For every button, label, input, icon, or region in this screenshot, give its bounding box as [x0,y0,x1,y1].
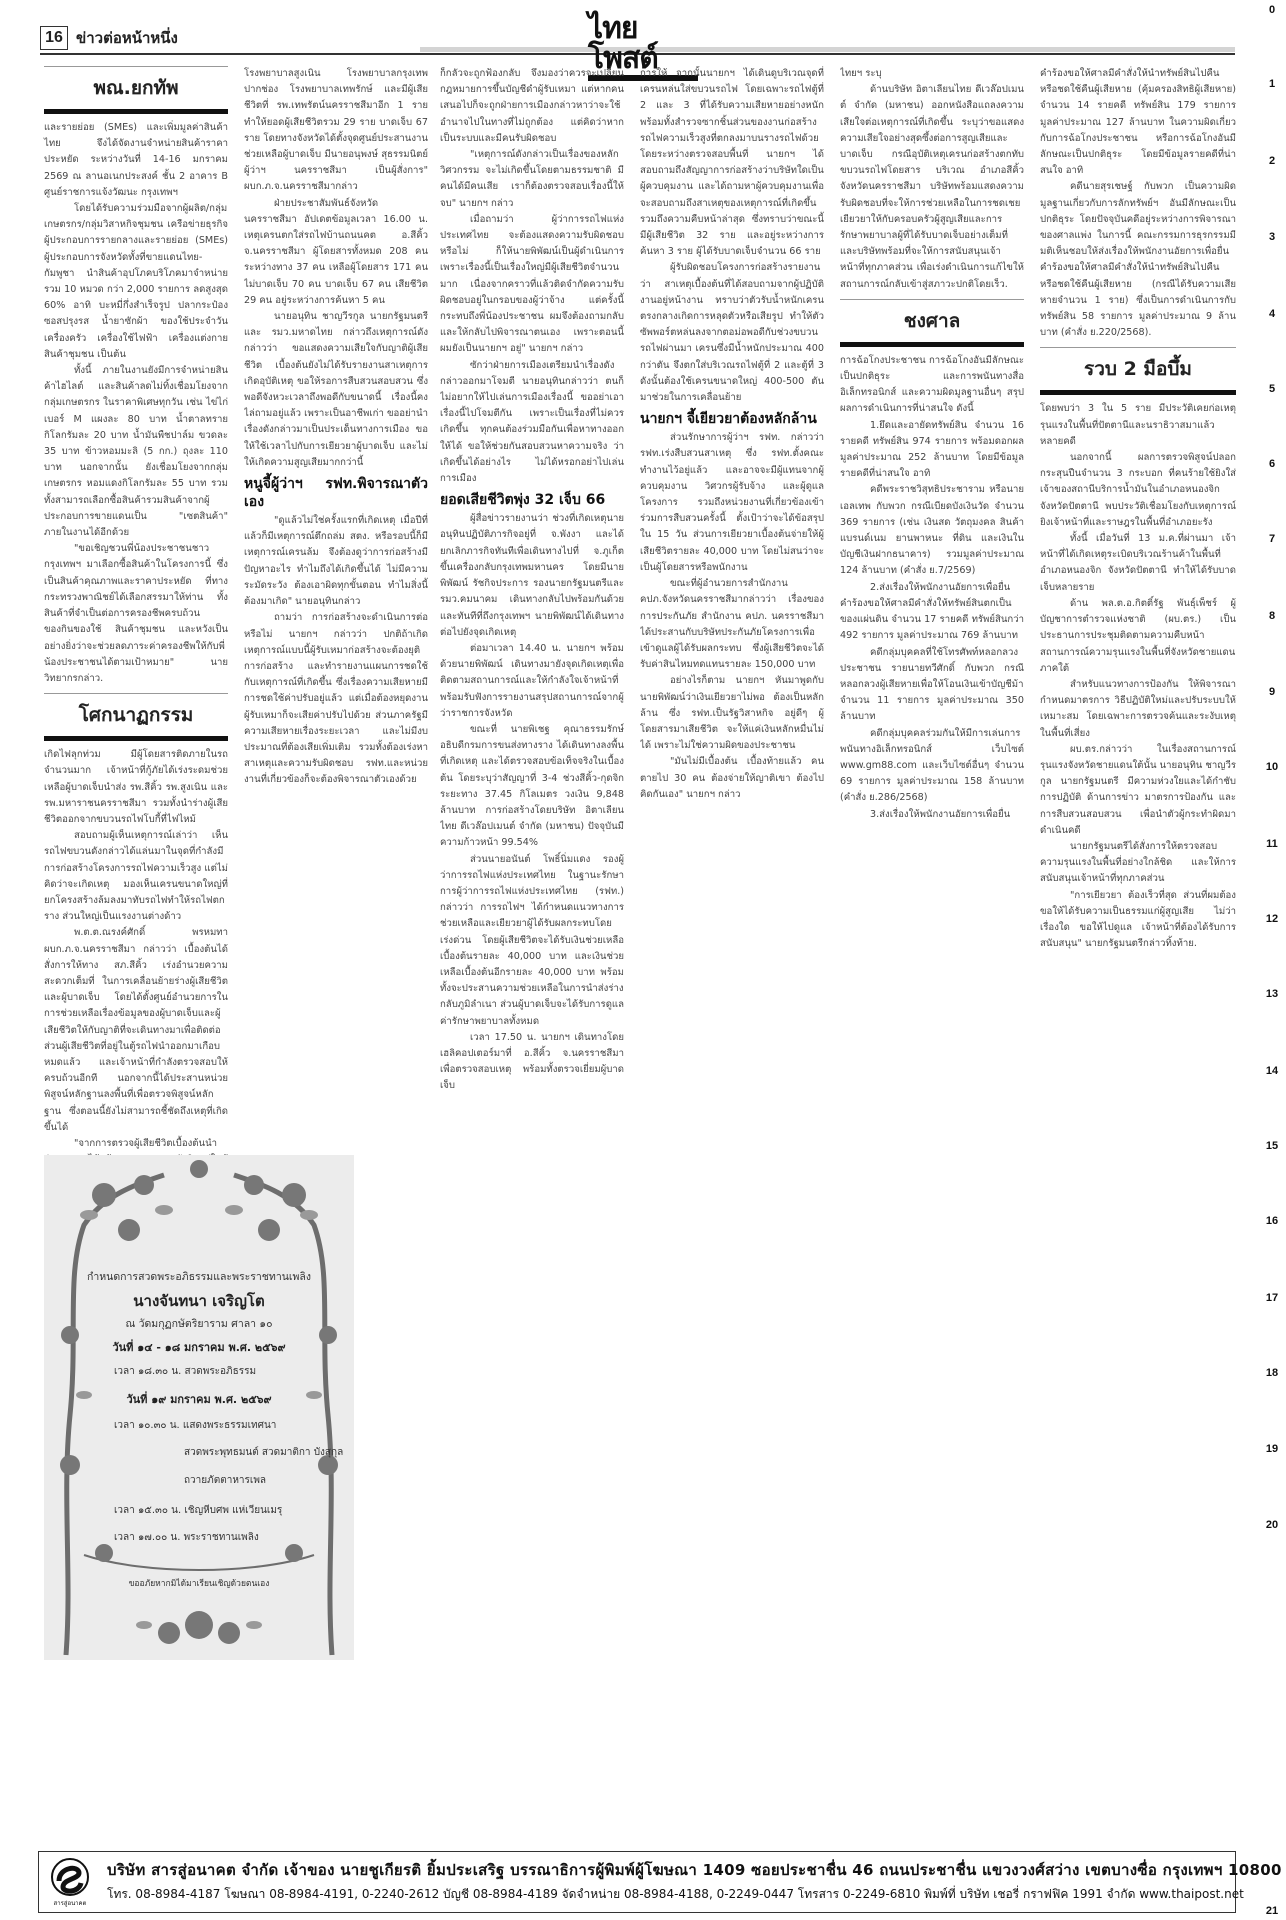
funeral-notice-card: กำหนดการสวดพระอภิธรรมและพระราชทานเพลิง น… [44,1155,354,1660]
schedule-item: สวดพระพุทธมนต์ สวดมาติกา บังสุกุล [184,1445,343,1460]
ruler-number: 6 [1264,458,1280,470]
logo-text: ไทยโพสต์ [588,14,698,74]
paragraph: "การเยียวยา ต้องเร็วที่สุด ส่วนที่ผมต้อง… [1040,888,1236,953]
paragraph: ส่วนนายอนันต์ โพธิ์นิ่มแดง รองผู้ว่าการร… [440,852,624,1030]
imprint-footer: สารสู่อนาคต บริษัท สารสู่อนาคต จำกัด เจ้… [38,1851,1236,1913]
paragraph: ผู้รับผิดชอบโครงการก่อสร้างรายงานว่า สาเ… [640,260,824,406]
ruler-number: 10 [1264,761,1280,773]
subheadline: หนูจี้ผู้ว่าฯ รฟท.พิจารณาตัวเอง [244,475,428,511]
paragraph: โดยได้รับความร่วมมือจากผู้ผลิต/กลุ่มเกษต… [44,201,228,363]
schedule-item: เวลา ๑๘.๓๐ น. สวดพระอภิธรรม [114,1364,256,1379]
paragraph: ต่อมาเวลา 14.40 น. นายกฯ พร้อมด้วยนายพิพ… [440,641,624,722]
ruler-number: 8 [1264,610,1280,622]
ruler-number: 3 [1264,231,1280,243]
section-title: ข่าวต่อหน้าหนึ่ง [76,26,178,50]
headline-bombers: รวบ 2 มือบึ้ม [1040,347,1236,395]
paragraph: นายกรัฐมนตรีได้สั่งการให้ตรวจสอบความรุนแ… [1040,839,1236,888]
paragraph: ซักว่าฝ่ายการเมืองเตรียมนำเรื่องดังกล่าว… [440,358,624,488]
header-gray-rule [420,47,1235,52]
paragraph: โรงพยาบาลสูงเนิน โรงพยาบาลกรุงเทพปากช่อง… [244,66,428,196]
ruler-number: 9 [1264,686,1280,698]
paragraph: ส่วนรักษาการผู้ว่าฯ รฟท. กล่าวว่า รฟท.เร… [640,430,824,576]
ruler-number: 13 [1264,988,1280,1000]
paragraph: สอบถามผู้เห็นเหตุการณ์เล่าว่า เห็นรถไฟขบ… [44,828,228,925]
ruler-number: 4 [1264,308,1280,320]
ruler-number: 20 [1264,1519,1280,1531]
paragraph: ด้าน พล.ต.อ.กิตติ์รัฐ พันธุ์เพ็ชร์ ผู้บั… [1040,596,1236,677]
schedule-item: ถวายภัตตาหารเพล [184,1473,266,1488]
footer-line-2: โทร. 08-8984-4187 โฆษณา 08-8984-4191, 0-… [107,1885,1244,1904]
paragraph: คดีกลุ่มบุคคลร่วมกันให้มีการเล่นการพนันท… [840,726,1024,807]
paragraph: ทั้งนี้ ภายในงานยังมีการจำหน่ายสินค้าไฮไ… [44,363,228,541]
ruler-number: 1 [1264,78,1280,90]
paragraph: ถามว่า การก่อสร้างจะดำเนินการต่อหรือไม่ … [244,610,428,788]
schedule-item: เวลา ๑๐.๓๐ น. แสดงพระธรรมเทศนา [114,1418,276,1433]
column-4: การให้ จากนั้นนายกฯ ได้เดินดูบริเวณจุดที… [640,66,824,1846]
page-number: 16 [40,26,68,50]
subheadline: นายกฯ จี้เยียวยาต้องหลักล้าน [640,410,824,428]
paragraph: "ดูแล้วไม่ใช่ครั้งแรกที่เกิดเหตุ เมื่อปี… [244,513,428,610]
paragraph: โดยพบว่า 3 ใน 5 ราย มีประวัติเคยก่อเหตุร… [1040,401,1236,450]
funeral-apology: ขออภัยหากมิได้มาเรียนเชิญด้วยตนเอง [44,1576,354,1590]
paragraph: อย่างไรก็ตาม นายกฯ หันมาพูดกับนายพิพัฒน์… [640,673,824,754]
ruler-number: 19 [1264,1443,1280,1455]
footer-line-1: บริษัท สารสู่อนาคต จำกัด เจ้าของ นายชูเก… [107,1858,1282,1882]
ruler-number: 12 [1264,913,1280,925]
ruler-number: 15 [1264,1140,1280,1152]
ruler-number: 16 [1264,1215,1280,1227]
funeral-date-2: วันที่ ๑๙ มกราคม พ.ศ. ๒๕๖๙ [44,1390,354,1408]
paragraph: 2.ส่งเรื่องให้พนักงานอัยการเพื่อยื่นคำร้… [840,580,1024,645]
headline-court: ชงศาล [840,299,1024,347]
paragraph: คดีกลุ่มบุคคลที่ใช้โทรศัพท์หลอกลวงประชาช… [840,645,1024,726]
publisher-logo-icon: สารสู่อนาคต [49,1857,91,1907]
ruler-number: 0 [1264,4,1280,16]
schedule-item: เวลา ๑๗.๐๐ น. พระราชทานเพลิง [114,1530,259,1545]
paragraph: ผบ.ตร.กล่าวว่า ในเรื่องสถานการณ์รุนแรงจั… [1040,742,1236,839]
paragraph: ฝ่ายประชาสัมพันธ์จังหวัดนครราชสีมา อัปเด… [244,196,428,309]
schedule-item: เวลา ๑๕.๓๐ น. เชิญหีบศพ แห่เวียนเมรุ [114,1503,282,1518]
ruler-number: 21 [1264,1905,1280,1917]
column-2: โรงพยาบาลสูงเนิน โรงพยาบาลกรุงเทพปากช่อง… [244,66,428,1151]
ruler-number: 5 [1264,383,1280,395]
headline-tragedy: โศกนาฏกรรม [44,693,228,741]
paragraph: "ขอเชิญชวนพี่น้องประชาชนชาวกรุงเทพฯ มาเล… [44,541,228,687]
paragraph: การให้ จากนั้นนายกฯ ได้เดินดูบริเวณจุดที… [640,66,824,260]
paragraph: "มันไม่มีเบื้องต้น เบื้องท้ายแล้ว คนตายไ… [640,754,824,803]
paragraph: "เหตุการณ์ดังกล่าวเป็นเรื่องของหลักวิศวก… [440,147,624,212]
paragraph: คำร้องขอให้ศาลมีคำสั่งให้นำทรัพย์สินไปคื… [1040,66,1236,179]
paragraph: 3.ส่งเรื่องให้พนักงานอัยการเพื่อยื่น [840,807,1024,823]
newspaper-page: 16 ข่าวต่อหน้าหนึ่ง ไทยโพสต์ 01234567891… [0,0,1286,1920]
paragraph: พ.ต.ต.ณรงค์ศักดิ์ พรหมทา ผบก.ภ.จ.นครราชส… [44,925,228,1136]
ruler-number: 7 [1264,533,1280,545]
paragraph: เกิดไฟลุกท่วม มีผู้โดยสารติดภายในรถจำนวน… [44,747,228,828]
paragraph: ก็กลัวจะถูกฟ้องกลับ จึงมองว่าควรจะเปลี่ย… [440,66,624,147]
ruler-number: 11 [1264,838,1280,850]
paragraph: ด้านบริษัท อิตาเลียนไทย ดีเวล๊อปเมนต์ จำ… [840,82,1024,293]
paragraph: ทั้งนี้ เมื่อวันที่ 13 ม.ค.ที่ผ่านมา เจ้… [1040,531,1236,596]
paragraph: นอกจากนี้ ผลการตรวจพิสูจน์ปลอกกระสุนปืนจ… [1040,450,1236,531]
column-5: ไทยฯ ระบุ ด้านบริษัท อิตาเลียนไทย ดีเวล๊… [840,66,1024,1846]
ruler-number: 18 [1264,1367,1280,1379]
funeral-title: กำหนดการสวดพระอภิธรรมและพระราชทานเพลิง [44,1268,354,1285]
paragraph: 1.ยึดและอายัดทรัพย์สิน จำนวน 16 รายคดี ท… [840,418,1024,483]
paragraph: การฉ้อโกงประชาชน การฉ้อโกงอันมีลักษณะเป็… [840,353,1024,418]
paragraph: นายอนุทิน ชาญวีรกูล นายกรัฐมนตรีและ รมว.… [244,309,428,471]
subheadline: ยอดเสียชีวิตพุ่ง 32 เจ็บ 66 [440,491,624,509]
column-1: พณ.ยกทัพ และรายย่อย (SMEs) และเพิ่มมูลค่… [44,66,228,1233]
paragraph: คดีนายสุรเชษฐ์ กับพวก เป็นความผิดมูลฐานเ… [1040,179,1236,341]
paragraph: คดีพระราชวิสุทธิประชาราม หรือนายเอลเทพ ก… [840,482,1024,579]
paragraph: ผู้สื่อข่าวรายงานว่า ช่วงที่เกิดเหตุนายอ… [440,511,624,641]
ruler-number: 17 [1264,1292,1280,1304]
paragraph: ไทยฯ ระบุ [840,66,1024,82]
ruler-number: 14 [1264,1065,1280,1077]
deceased-name: นางจันทนา เจริญโต [44,1289,354,1313]
paragraph: เวลา 17.50 น. นายกฯ เดินทางโดยเฮลิคอปเตอ… [440,1030,624,1095]
masthead-logo: ไทยโพสต์ [588,14,698,52]
column-6: คำร้องขอให้ศาลมีคำสั่งให้นำทรัพย์สินไปคื… [1040,66,1236,1846]
headline-commerce: พณ.ยกทัพ [44,66,228,114]
paragraph: สำหรับแนวทางการป้องกัน ให้พิจารณากำหนดมา… [1040,677,1236,742]
page-header: 16 ข่าวต่อหน้าหนึ่ง ไทยโพสต์ [40,22,1235,54]
logo-caption: สารสู่อนาคต [54,1900,87,1907]
ruler-number: 2 [1264,155,1280,167]
paragraph: และรายย่อย (SMEs) และเพิ่มมูลค่าสินค้าไท… [44,120,228,201]
funeral-venue: ณ วัดมกุฏกษัตริยาราม ศาลา ๑๐ [44,1315,354,1332]
paragraph: เมื่อถามว่า ผู้ว่าการรถไฟแห่งประเทศไทย จ… [440,212,624,358]
paragraph: ขณะที่ นายพิเชฐ คุณาธรรมรักษ์ อธิบดีกรมก… [440,722,624,852]
funeral-date-1: วันที่ ๑๔ - ๑๘ มกราคม พ.ศ. ๒๕๖๙ [44,1338,354,1356]
column-3: ก็กลัวจะถูกฟ้องกลับ จึงมองว่าควรจะเปลี่ย… [440,66,624,1846]
paragraph: ขณะที่ผู้อำนวยการสำนักงาน คปภ.จังหวัดนคร… [640,576,824,673]
